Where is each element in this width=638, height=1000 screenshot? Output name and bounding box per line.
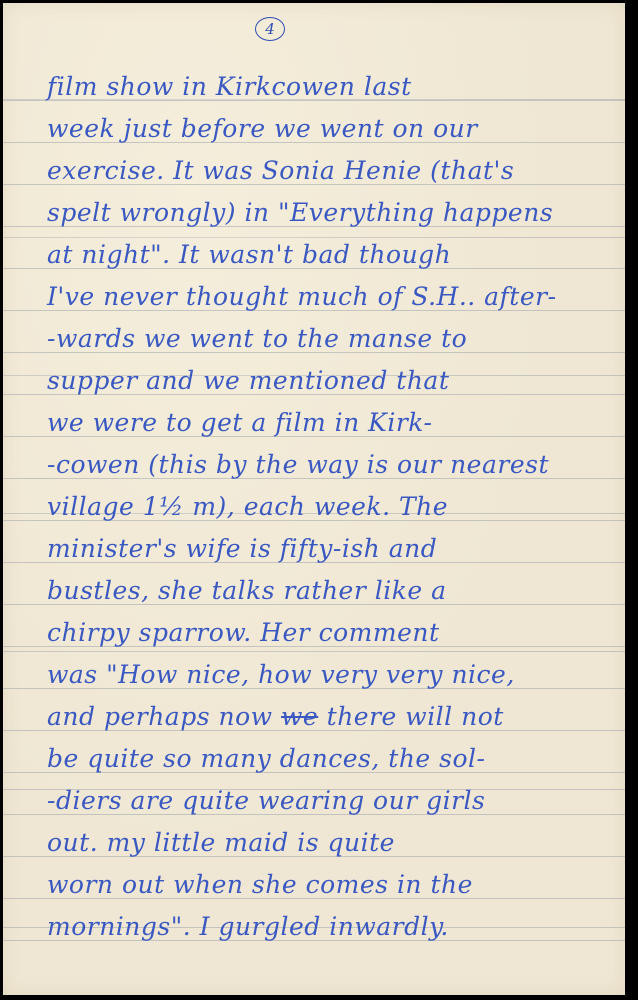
- handwritten-line: worn out when she comes in the: [47, 865, 607, 905]
- handwritten-line: chirpy sparrow. Her comment: [47, 613, 607, 653]
- handwritten-line: at night". It wasn't bad though: [47, 235, 607, 275]
- handwritten-line: -wards we went to the manse to: [47, 319, 607, 359]
- handwritten-text: there will not: [327, 702, 504, 731]
- handwritten-line: minister's wife is fifty-ish and: [47, 529, 607, 569]
- handwritten-line: out. my little maid is quite: [47, 823, 607, 863]
- handwritten-line: was "How nice, how very very nice,: [47, 655, 607, 695]
- page-number-circled: 4: [255, 17, 285, 41]
- handwritten-line: week just before we went on our: [47, 109, 607, 149]
- handwritten-line: village 1½ m), each week. The: [47, 487, 607, 527]
- handwritten-line: and perhaps now we there will not: [47, 697, 607, 737]
- handwritten-line: we were to get a film in Kirk-: [47, 403, 607, 443]
- handwritten-line: spelt wrongly) in "Everything happens: [47, 193, 607, 233]
- handwritten-line: mornings". I gurgled inwardly.: [47, 907, 607, 947]
- handwritten-line: -cowen (this by the way is our nearest: [47, 445, 607, 485]
- handwritten-line: -diers are quite wearing our girls: [47, 781, 607, 821]
- handwritten-line: be quite so many dances, the sol-: [47, 739, 607, 779]
- handwritten-line: supper and we mentioned that: [47, 361, 607, 401]
- handwritten-line: film show in Kirkcowen last: [47, 67, 607, 107]
- handwritten-line: exercise. It was Sonia Henie (that's: [47, 151, 607, 191]
- handwritten-text: and perhaps now: [47, 702, 273, 731]
- handwritten-line: bustles, she talks rather like a: [47, 571, 607, 611]
- handwritten-line: I've never thought much of S.H.. after-: [47, 277, 607, 317]
- handwritten-letter-page: 4 film show in Kirkcowen last week just …: [3, 3, 625, 995]
- struck-out-word: we: [281, 702, 318, 731]
